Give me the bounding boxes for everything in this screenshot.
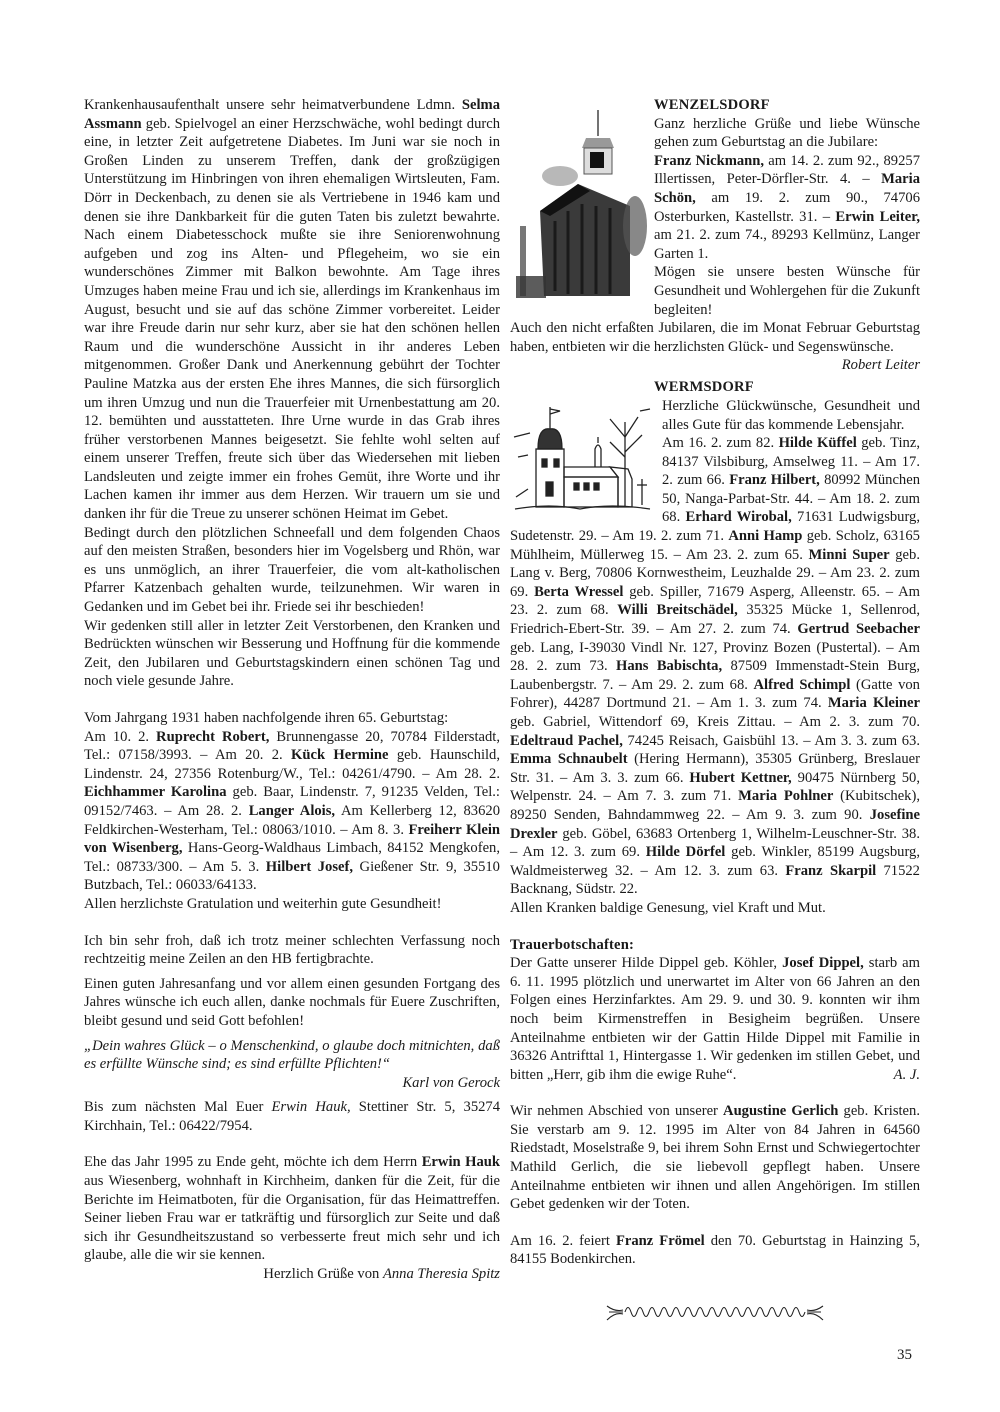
section-trauerbotschaften: Trauerbotschaften: Der Gatte unserer Hil… (510, 936, 920, 1214)
church-sketch-image (510, 397, 656, 515)
page-number: 35 (897, 1347, 912, 1364)
birthday-list-1931: Vom Jahrgang 1931 haben nachfolgende ihr… (84, 709, 500, 895)
signoff: Bis zum nächsten Mal Euer Erwin Hauk, St… (84, 1098, 500, 1135)
heading-trauerbotschaften: Trauerbotschaften: (510, 936, 920, 955)
paragraph-thanks-erwin-hauk: Ehe das Jahr 1995 zu Ende geht, möchte i… (84, 1153, 500, 1265)
quote-text: „Dein wahres Glück – o Menschenkind, o g… (84, 1037, 500, 1074)
paragraph-author-note: Ich bin sehr froh, daß ich trotz meiner … (84, 932, 500, 969)
paragraph-snowfall: Bedingt durch den plötzlichen Schneefall… (84, 524, 500, 617)
heading-wermsdorf: WERMSDORF (654, 378, 920, 397)
wenzelsdorf-p2: Auch den nicht erfaßten Jubilaren, die i… (510, 319, 920, 356)
quote-author: Karl von Gerock (84, 1074, 500, 1093)
section-wermsdorf: WERMSDORF (510, 378, 920, 917)
document-page: Krankenhausaufenthalt unsere sehr heimat… (0, 0, 1000, 1412)
author-initials: A. J. (894, 1067, 920, 1083)
wermsdorf-closing: Allen Kranken baldige Genesung, viel Kra… (510, 899, 920, 918)
paragraph-remembrance: Wir gedenken still aller in letzter Zeit… (84, 617, 500, 691)
author-robert-leiter: Robert Leiter (842, 357, 920, 373)
decorative-spiral-border-icon (605, 1298, 825, 1326)
right-column: WENZELSDORF Ganz herzliche Grüße und lie… (510, 96, 920, 1269)
birthday-franz-froemel: Am 16. 2. feiert Franz Frömel den 70. Ge… (510, 1232, 920, 1269)
church-photo-image (510, 96, 648, 308)
section-wenzelsdorf: WENZELSDORF Ganz herzliche Grüße und lie… (510, 96, 920, 356)
left-column: Krankenhausaufenthalt unsere sehr heimat… (84, 96, 500, 1284)
birthday-closing: Allen herzlichste Gratulation und weiter… (84, 895, 500, 914)
obituary-josef-dippel: Der Gatte unserer Hilde Dippel geb. Köhl… (510, 954, 920, 1084)
obituary-augustine-gerlich: Wir nehmen Abschied von unserer Augustin… (510, 1102, 920, 1214)
birthday-intro: Vom Jahrgang 1931 haben nachfolgende ihr… (84, 710, 448, 726)
paragraph-new-year-wishes: Einen guten Jahresanfang und vor allem e… (84, 975, 500, 1031)
obituary-selma-assmann: Krankenhausaufenthalt unsere sehr heimat… (84, 96, 500, 524)
greeting-signature: Herzlich Grüße von Anna Theresia Spitz (84, 1265, 500, 1284)
